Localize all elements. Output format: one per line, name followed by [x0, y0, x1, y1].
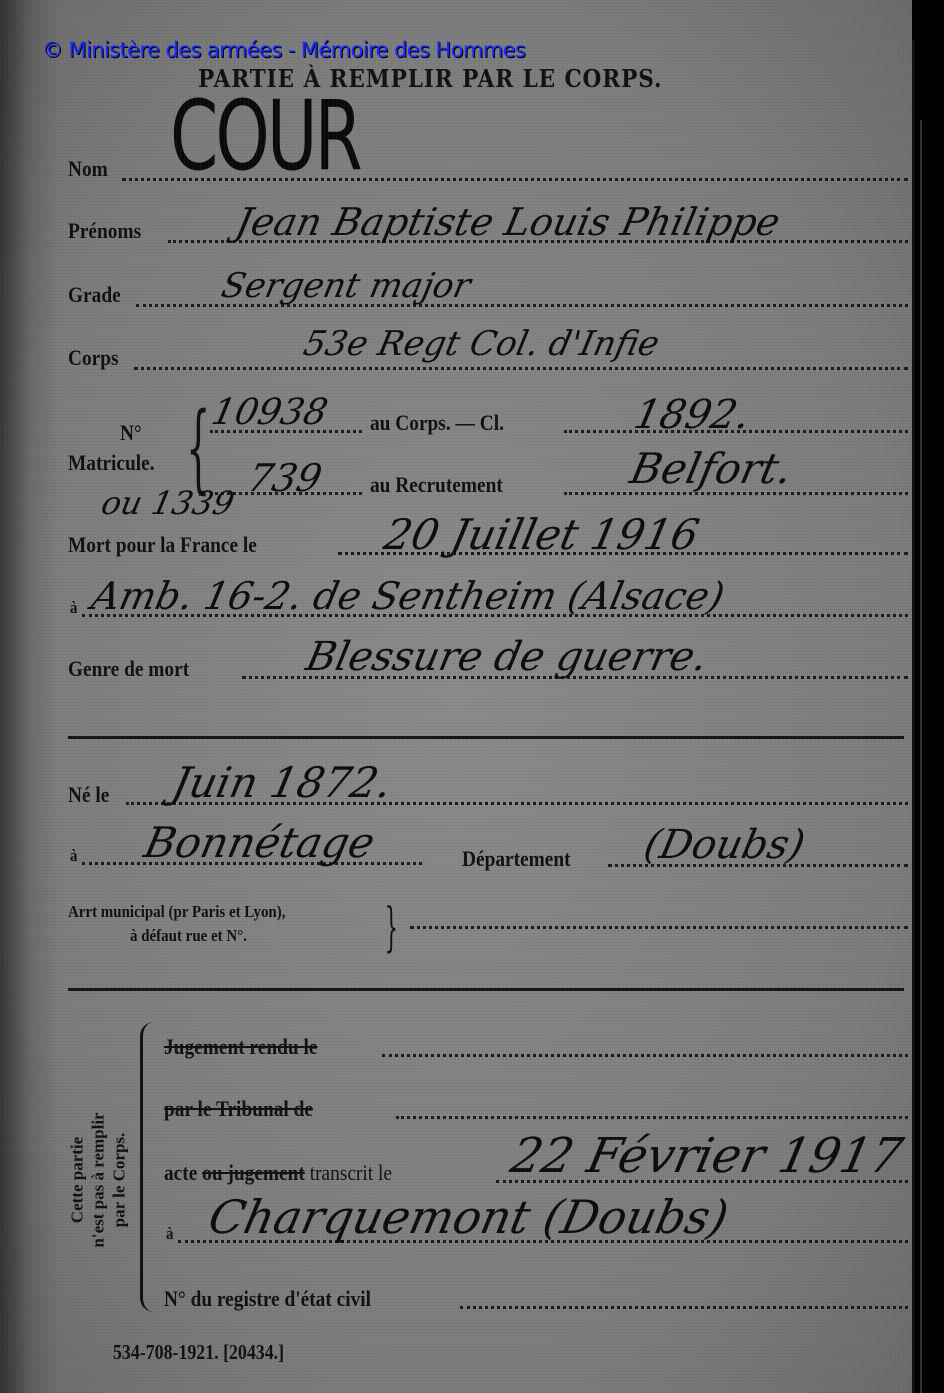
grade-label: Grade — [68, 282, 121, 308]
ne-le-value: Juin 1872. — [168, 758, 396, 807]
matricule-recrutement-number: 739 — [244, 456, 326, 500]
nom-line — [122, 178, 908, 181]
tribunal-line — [396, 1116, 908, 1119]
corps-label: Corps — [68, 345, 119, 371]
ne-le-label: Né le — [68, 782, 109, 808]
departement-label: Département — [462, 846, 571, 872]
registre-line — [460, 1306, 908, 1309]
transcrit-label-struck: ou jugement — [202, 1160, 305, 1185]
death-record-card: © Ministère des armées - Mémoire des Hom… — [0, 0, 912, 1393]
genre-mort-label: Genre de mort — [68, 656, 189, 682]
jugement-label: Jugement rendu le — [164, 1034, 317, 1060]
matricule-no-label: N° — [120, 420, 142, 446]
tribunal-label: par le Tribunal de — [164, 1096, 313, 1122]
au-recrutement-label: au Recrutement — [370, 472, 503, 498]
mort-label: Mort pour la France le — [68, 532, 257, 558]
transcrit-label: acte ou jugement transcrit le — [164, 1160, 392, 1186]
nom-value: COUR — [170, 80, 360, 192]
right-border-line-outer — [920, 120, 922, 1393]
transcrit-lieu-value: Charquemont (Doubs) — [204, 1190, 733, 1244]
arrondissement-label-line2: à défaut rue et N°. — [130, 926, 247, 946]
section-divider-1 — [68, 736, 904, 739]
lower-section-brace — [140, 1022, 161, 1312]
matricule-corps-number: 10938 — [208, 392, 331, 433]
print-reference: 534-708-1921. [20434.] — [113, 1340, 284, 1365]
lieu-mort-value: Amb. 16-2. de Sentheim (Alsace) — [88, 574, 728, 618]
transcrit-label-acte: acte — [164, 1160, 197, 1185]
departement-value: (Doubs) — [640, 822, 809, 868]
side-note: Cette partie n'est pas à remplir par le … — [48, 1060, 148, 1300]
transcrit-label-rest: transcrit le — [310, 1160, 392, 1185]
corps-value: 53e Regt Col. d'Infie — [300, 324, 663, 364]
ne-a-label: à — [70, 846, 77, 866]
classe-value: 1892. — [630, 392, 754, 438]
arrondissement-label-line1: Arrt municipal (pr Paris et Lyon), — [68, 902, 285, 922]
nom-label: Nom — [68, 156, 108, 182]
arrondissement-brace: { — [385, 898, 398, 958]
lieu-mort-label: à — [70, 598, 77, 618]
matricule-margin-note: ou 1339 — [98, 484, 238, 522]
prenoms-label: Prénoms — [68, 218, 141, 244]
side-note-line1: Cette partie — [67, 1112, 88, 1247]
corps-line — [134, 367, 908, 370]
ne-a-value: Bonnétage — [140, 818, 379, 867]
jugement-line — [382, 1054, 908, 1057]
side-note-line2: n'est pas à remplir — [88, 1112, 109, 1247]
transcrit-lieu-label: à — [166, 1224, 173, 1244]
side-note-line3: par le Corps. — [109, 1112, 130, 1247]
grade-value: Sergent major — [218, 266, 474, 306]
recrutement-value: Belfort. — [626, 444, 797, 493]
prenoms-value: Jean Baptiste Louis Philippe — [232, 200, 784, 244]
transcrit-value: 22 Février 1917 — [506, 1128, 908, 1184]
section-divider-2 — [68, 988, 904, 991]
matricule-label: Matricule. — [68, 450, 155, 476]
au-corps-classe-label: au Corps. — Cl. — [370, 410, 504, 436]
arrondissement-line — [410, 926, 908, 929]
copyright-watermark: © Ministère des armées - Mémoire des Hom… — [42, 38, 525, 62]
registre-label: N° du registre d'état civil — [164, 1286, 371, 1312]
right-border-line — [912, 40, 915, 1393]
genre-mort-value: Blessure de guerre. — [302, 634, 712, 680]
mort-value: 20 Juillet 1916 — [380, 510, 703, 559]
